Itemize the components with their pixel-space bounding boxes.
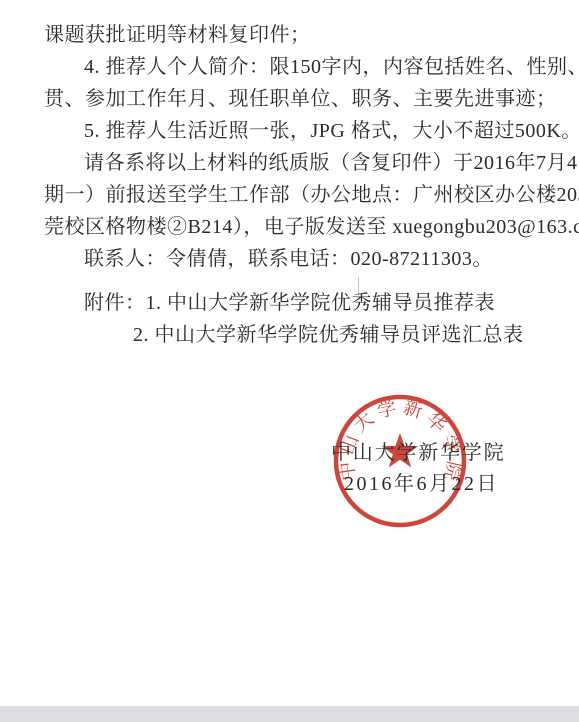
attachment-item-text: 1. 中山大学新华学院优秀辅导员推荐表 — [146, 292, 496, 314]
notice-body: 课题获批证明等材料复印件； 4. 推荐人个人简介：限150字内，内容包括姓名、性… — [44, 19, 538, 275]
body-line: 贯、参加工作年月、现任职单位、职务、主要先进事迹； — [44, 83, 538, 115]
body-line: 莞校区格物楼②B214），电子版发送至 xuegongbu203@163.com… — [44, 211, 538, 243]
body-line: 5. 推荐人生活近照一张，JPG 格式，大小不超过500K。 — [44, 115, 538, 147]
signature-date: 2016年6月22日 — [344, 473, 499, 495]
attachments-label: 附件： — [84, 292, 146, 314]
body-line: 4. 推荐人个人简介：限150字内，内容包括姓名、性别、籍 — [44, 51, 538, 83]
attachment-item: 2. 中山大学新华学院优秀辅导员评选汇总表 — [44, 319, 544, 351]
body-line: 联系人：令倩倩，联系电话：020-87211303。 — [44, 243, 538, 275]
scanned-document-page: 课题获批证明等材料复印件； 4. 推荐人个人简介：限150字内，内容包括姓名、性… — [0, 0, 579, 722]
attachments-block: 附件：1. 中山大学新华学院优秀辅导员推荐表 2. 中山大学新华学院优秀辅导员评… — [44, 287, 544, 351]
attachment-item-text: 2. 中山大学新华学院优秀辅导员评选汇总表 — [133, 324, 524, 346]
body-line: 期一）前报送至学生工作部（办公地点：广州校区办公楼203，东 — [44, 179, 538, 211]
body-line: 请各系将以上材料的纸质版（含复印件）于2016年7月4日（星 — [44, 147, 538, 179]
attachment-item: 附件：1. 中山大学新华学院优秀辅导员推荐表 — [44, 287, 544, 319]
signature-organization: 中山大学新华学院 — [331, 442, 505, 464]
scanner-background-band — [0, 706, 579, 722]
body-line: 课题获批证明等材料复印件； — [44, 19, 538, 51]
